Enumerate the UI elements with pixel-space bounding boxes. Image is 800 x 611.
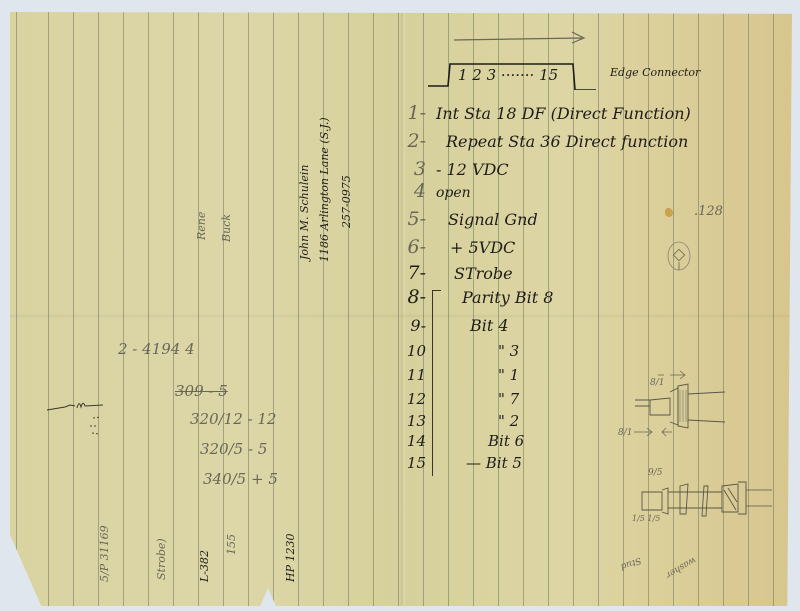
signature-1: Rene [195,212,208,240]
dim-label-1: 8/1 [650,378,664,388]
pin-signal: Parity Bit 8 [462,288,553,307]
pin-number: 10 [392,342,426,360]
pinout-row: 1- Int Sta 18 DF (Direct Function) [392,102,691,124]
pin-number: 15 [392,454,426,472]
pinout-row: 8- Parity Bit 8 [392,286,553,308]
pin-signal: Bit 4 [470,316,509,335]
pin-number: 14 [392,432,426,450]
pin-signal: Bit 6 [488,432,524,450]
connector-pins: 1 2 3 ······· 15 [458,66,558,84]
pencil-squiggle [45,398,105,438]
pinout-row: 13 " 2 [392,412,519,430]
pinout-row: 12 " 7 [392,390,519,408]
signature-2: Buck [220,214,233,242]
note-line-2: 320/12 - 12 [190,410,276,428]
pinout-row: 5- Signal Gnd [392,208,538,230]
address-phone: 257-0975 [340,175,353,228]
side-note: .128 [694,204,723,219]
address-street: 1186 Arlington Lane (S.J.) [318,117,331,262]
note-struck: 309 - 5 [175,382,228,400]
pin-number: 11 [392,366,426,384]
paper-stain [665,208,673,217]
pinout-row: 4 open [392,180,471,202]
pin-number: 7- [392,262,426,284]
stud-sketch [640,478,780,528]
note-hp1230: HP 1230 [284,534,297,583]
pin-number: 4 [392,180,426,202]
pin-number: 2- [392,130,426,152]
pin-number: 3 [392,158,426,180]
pin-number: 12 [392,390,426,408]
connector-sketch [630,370,750,450]
note-155: 155 [225,534,238,555]
dim-label-2: 8/1 [618,428,632,438]
pin-signal: " 3 [498,342,519,360]
pinout-row: 15 — Bit 5 [392,454,522,472]
pin-signal: Repeat Sta 36 Direct function [446,132,688,151]
pinout-row: 10 " 3 [392,342,519,360]
pinout-row: 9- Bit 4 [392,316,509,335]
pin-number: 1- [392,102,426,124]
pin-signal: + 5VDC [450,238,515,257]
pin-signal: Signal Gnd [448,210,538,229]
dim-label-3: 9/5 [648,468,662,478]
note-line-4: 340/5 + 5 [203,470,278,488]
pin-number: 8- [392,286,426,308]
hole-sketch-icon [665,240,695,276]
pin-signal: " 2 [498,412,519,430]
pin-number: 6- [392,236,426,258]
address-name: John M. Schulein [298,165,311,260]
pin-signal: open [436,185,471,201]
dim-label-4: 1/5 1/5 [632,514,660,523]
note-l382: L-382 [198,550,211,582]
pin-number: 9- [392,316,426,335]
note-part-number: 5/P 31169 [98,525,111,582]
pin-signal: - 12 VDC [436,160,509,179]
pinout-row: 2- Repeat Sta 36 Direct function [392,130,688,152]
pin-signal: " 1 [498,366,519,384]
pin-signal: Int Sta 18 DF (Direct Function) [436,104,691,123]
pinout-row: 7- STrobe [392,262,513,284]
pin-signal: STrobe [454,264,513,283]
pinout-row: 6- + 5VDC [392,236,515,258]
pin-number: 5- [392,208,426,230]
connector-title: Edge Connector [610,66,700,79]
arrow-icon [452,28,592,48]
pinout-row: 3 - 12 VDC [392,158,509,180]
pin-signal: " 7 [498,390,519,408]
note-strobe: Strobe) [155,538,168,580]
pin-signal: — Bit 5 [466,454,522,472]
pinout-row: 14 Bit 6 [392,432,524,450]
pin-number: 13 [392,412,426,430]
pinout-row: 11 " 1 [392,366,519,384]
note-line-1: 2 - 4194 4 [118,340,195,358]
note-line-3: 320/5 - 5 [200,440,267,458]
